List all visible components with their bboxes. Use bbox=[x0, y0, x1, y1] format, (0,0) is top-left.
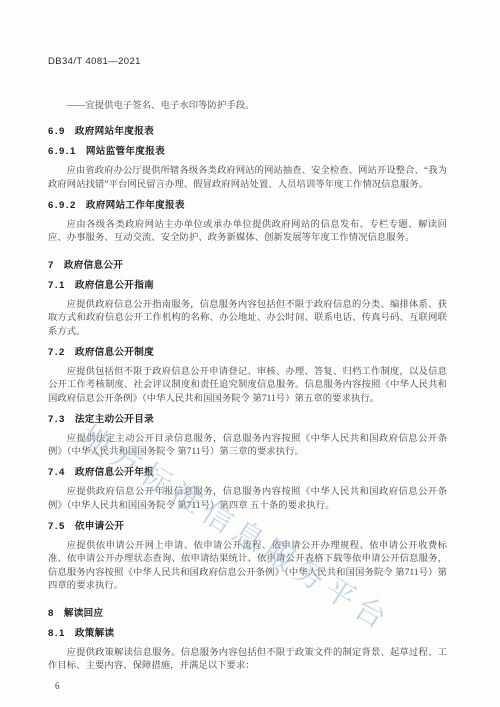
section-number: 7 bbox=[48, 260, 55, 271]
section-number: 7.3 bbox=[48, 414, 66, 425]
section-paragraph: 应由省政府办公厅提供所辖各级各类政府网站的网站抽查、安全检查、网站开设整合、“我… bbox=[48, 165, 447, 192]
section-paragraph: 应由各级各类政府网站主办单位或承办单位提供政府网站的信息发布、专栏专题、解读回应… bbox=[48, 219, 447, 246]
section-number: 6.9.1 bbox=[48, 146, 77, 157]
section-heading-7-2: 7.2政府信息公开制度 bbox=[48, 346, 447, 360]
section-heading-8-1: 8.1政策解读 bbox=[48, 627, 447, 641]
section-number: 6.9.2 bbox=[48, 200, 77, 211]
section-number: 8.1 bbox=[48, 628, 66, 639]
section-heading-7: 7政府信息公开 bbox=[48, 259, 447, 273]
section-heading-6-9-1: 6.9.1网站监管年度报表 bbox=[48, 145, 447, 159]
section-number: 7.1 bbox=[48, 280, 66, 291]
document-page: 地方标准信息服务平台 DB34/T 4081—2021 ——宜提供电子签名、电子… bbox=[0, 0, 500, 707]
section-heading-7-1: 7.1政府信息公开指南 bbox=[48, 279, 447, 293]
section-title: 政府信息公开 bbox=[64, 260, 123, 271]
section-title: 政府信息公开制度 bbox=[75, 347, 154, 358]
section-title: 法定主动公开目录 bbox=[75, 414, 154, 425]
page-number: 6 bbox=[55, 680, 447, 693]
section-title: 网站监管年度报表 bbox=[86, 146, 165, 157]
section-heading-6-9: 6.9政府网站年度报表 bbox=[48, 125, 447, 139]
section-title: 政府信息公开年报 bbox=[75, 467, 154, 478]
section-paragraph: 应提供依申请公开网上申请、依申请公开流程、依申请公开办理规程、依申请公开收费标准… bbox=[48, 540, 447, 594]
section-number: 7.5 bbox=[48, 521, 66, 532]
section-paragraph: 应提供包括但不限于政府信息公开申请登记、审核、办理、答复、归档工作制度，以及信息… bbox=[48, 366, 447, 407]
section-paragraph: 应提供政策解读信息服务。信息服务内容包括但不限于政策文件的制定背景、起草过程、工… bbox=[48, 647, 447, 674]
section-heading-7-3: 7.3法定主动公开目录 bbox=[48, 413, 447, 427]
section-number: 7.4 bbox=[48, 467, 66, 478]
section-title: 政府网站工作年度报表 bbox=[86, 200, 185, 211]
section-heading-6-9-2: 6.9.2政府网站工作年度报表 bbox=[48, 199, 447, 213]
section-paragraph: 应提供政府信息公开年报信息服务，信息服务内容按照《中华人民共和国政府信息公开条例… bbox=[48, 486, 447, 513]
section-heading-7-4: 7.4政府信息公开年报 bbox=[48, 466, 447, 480]
section-paragraph: 应提供政府信息公开指南服务，信息服务内容包括但不限于政府信息的分类、编排体系、获… bbox=[48, 299, 447, 340]
section-title: 解读回应 bbox=[64, 608, 104, 619]
section-number: 7.2 bbox=[48, 347, 66, 358]
list-item-dash: ——宜提供电子签名、电子水印等防护手段。 bbox=[48, 100, 447, 114]
section-heading-8: 8解读回应 bbox=[48, 607, 447, 621]
section-number: 6.9 bbox=[48, 126, 66, 137]
section-title: 政府信息公开指南 bbox=[75, 280, 154, 291]
section-title: 政府网站年度报表 bbox=[75, 126, 154, 137]
section-heading-7-5: 7.5依申请公开 bbox=[48, 520, 447, 534]
section-number: 8 bbox=[48, 608, 55, 619]
section-title: 依申请公开 bbox=[75, 521, 124, 532]
document-content: ——宜提供电子签名、电子水印等防护手段。 6.9政府网站年度报表 6.9.1网站… bbox=[48, 93, 447, 693]
section-paragraph: 应提供法定主动公开目录信息服务，信息服务内容按照《中华人民共和国政府信息公开条例… bbox=[48, 433, 447, 460]
doc-code: DB34/T 4081—2021 bbox=[48, 56, 141, 67]
section-title: 政策解读 bbox=[75, 628, 115, 639]
